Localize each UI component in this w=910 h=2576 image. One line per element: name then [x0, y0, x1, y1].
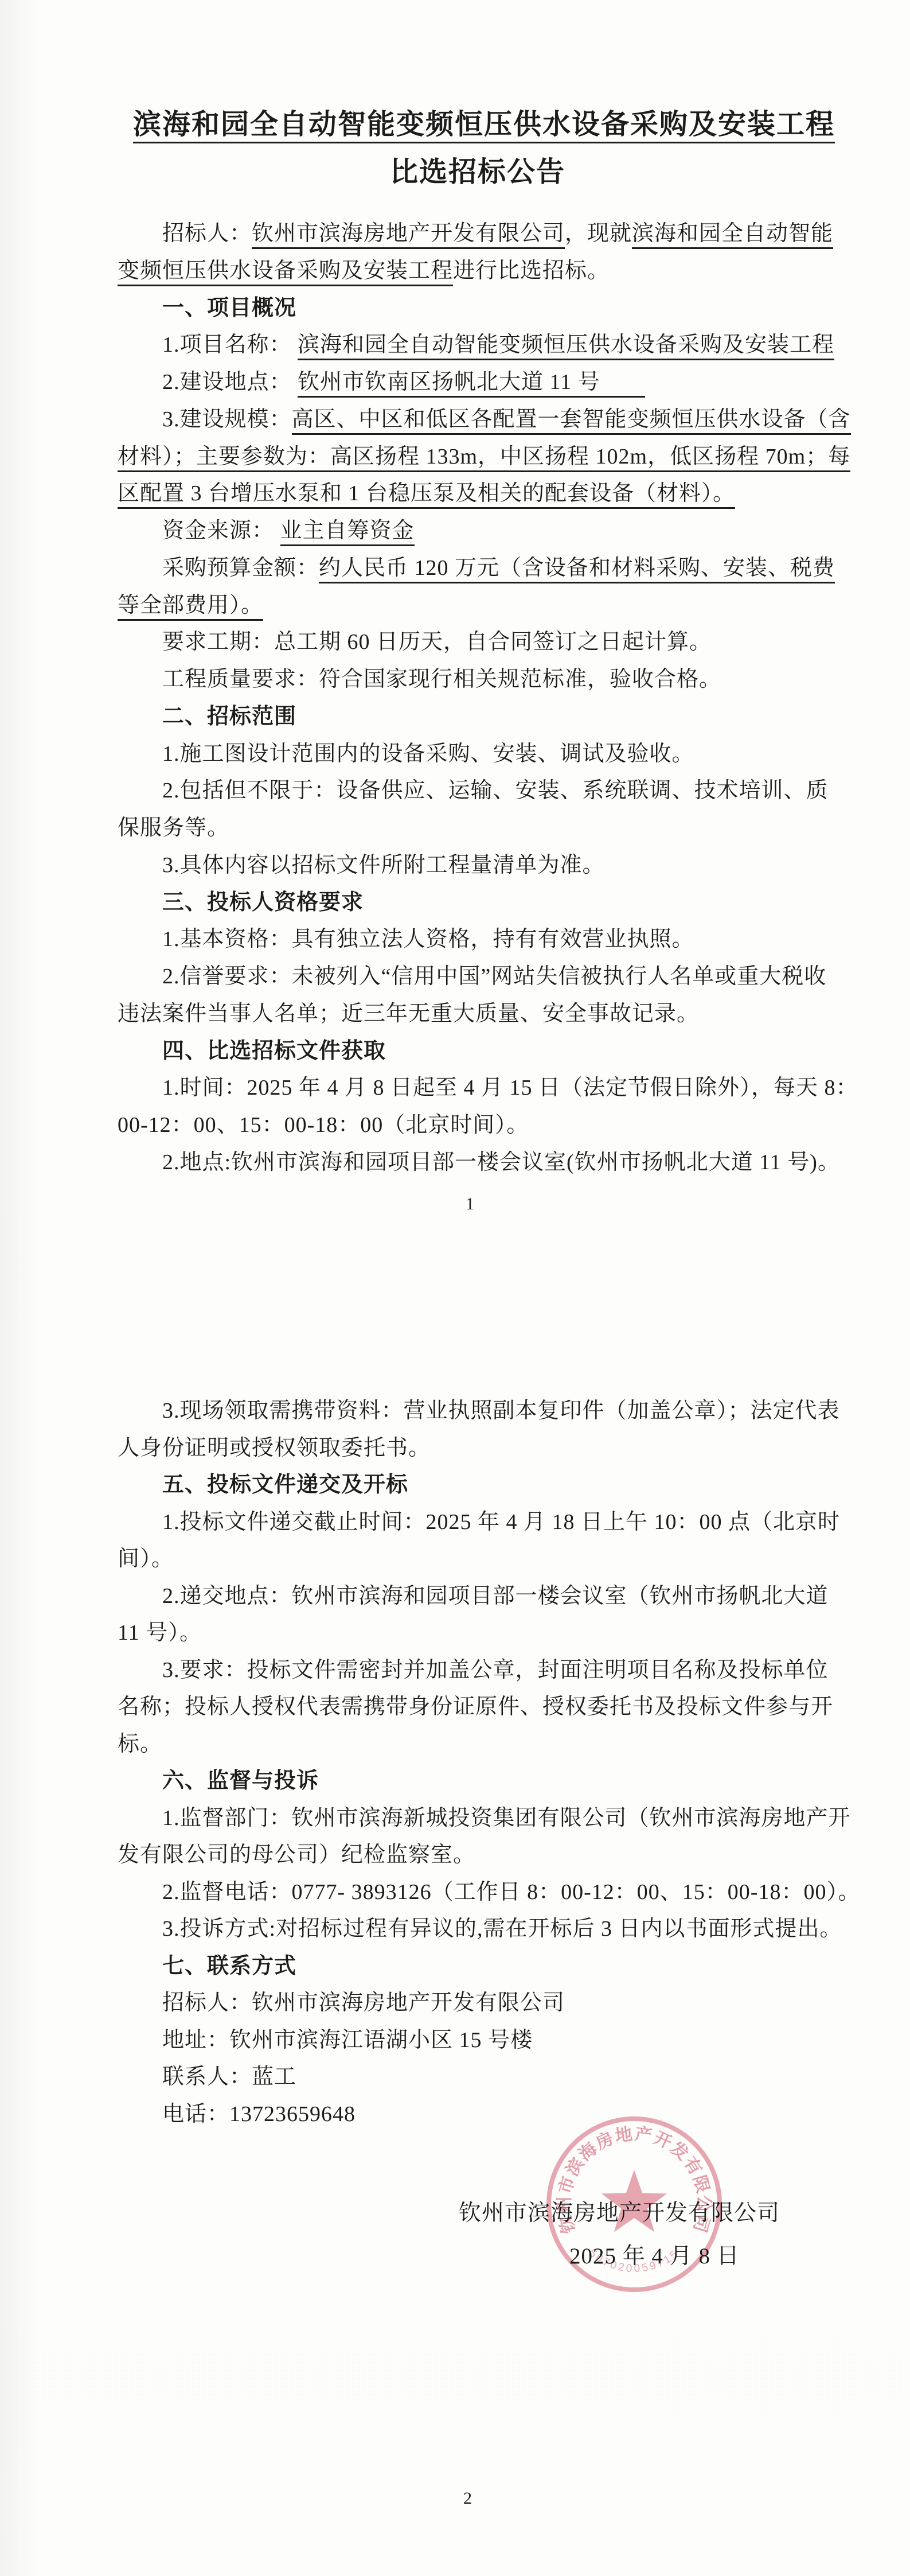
doc-text-line: 联系人：蓝工: [162, 2063, 296, 2091]
doc-text-line: 招标人：钦州市滨海房地产开发有限公司: [162, 1989, 565, 2017]
text: 发有限公司的母公司）纪检监察室。: [118, 1843, 475, 1867]
doc-text-line: 1.基本资格：具有独立法人资格，持有有效营业执照。: [162, 925, 694, 954]
section-heading-3: 三、投标人资格要求: [162, 889, 364, 917]
text: 1.监督部门：钦州市滨海新城投资集团有限公司（钦州市滨海房地产开: [162, 1806, 851, 1830]
page-number-2: 2: [463, 2489, 472, 2508]
scan-noise-band: [0, 1216, 910, 1320]
text: 资金来源：: [162, 519, 280, 543]
text: 11 号）。: [118, 1621, 202, 1645]
doc-text-line: 00-12：00、15：00-18：00（北京时间）。: [118, 1111, 529, 1139]
text: 1.时间：2025 年 4 月 8 日起至 4 月 15 日（法定节假日除外），…: [162, 1076, 858, 1100]
doc-text-line: 发有限公司的母公司）纪检监察室。: [118, 1841, 475, 1869]
text: 2.递交地点：钦州市滨海和园项目部一楼会议室（钦州市扬帆北大道: [162, 1584, 829, 1608]
doc-text-line: 间）。: [118, 1545, 174, 1573]
doc-text-line: 3.要求：投标文件需密封并加盖公章，封面注明项目名称及投标单位: [162, 1656, 829, 1684]
doc-text-line: 3.投诉方式:对招标过程有异议的,需在开标后 3 日内以书面形式提出。: [162, 1915, 842, 1943]
doc-text-line: 区配置 3 台增压水泵和 1 台稳压泵及相关的配套设备（材料）。: [118, 480, 735, 508]
doc-text-line: 材料）；主要参数为：高区扬程 133m，中区扬程 102m，低区扬程 70m；每: [118, 443, 850, 471]
text: 1.项目名称：: [162, 333, 298, 357]
underlined-text: 等全部费用）。: [118, 593, 263, 621]
document-title-line1: 滨海和园全自动智能变频恒压供水设备采购及安装工程: [133, 106, 835, 143]
seal-star-icon: [602, 2170, 667, 2232]
text: 3.具体内容以招标文件所附工程量清单为准。: [162, 853, 605, 877]
doc-text-line: 3.具体内容以招标文件所附工程量清单为准。: [162, 851, 605, 880]
text: 三、投标人资格要求: [162, 890, 364, 915]
section-heading-1: 一、项目概况: [162, 294, 296, 322]
doc-text-line: 2.建设地点： 钦州市钦南区扬帆北大道 11 号: [162, 368, 645, 396]
underlined-text: 滨海和园全自动智能变频恒压供水设备采购及安装工程: [298, 333, 834, 360]
doc-text-line: 违法案件当事人名单；近三年无重大质量、安全事故记录。: [118, 1000, 699, 1028]
doc-text-line: 电话：13723659648: [162, 2100, 356, 2128]
text: 2.建设地点：: [162, 370, 298, 394]
text: 比选招标公告: [390, 156, 565, 188]
text: 3.投诉方式:对招标过程有异议的,需在开标后 3 日内以书面形式提出。: [162, 1917, 842, 1941]
text: 工程质量要求：符合国家现行相关规范标准，验收合格。: [162, 667, 721, 691]
text: 五、投标文件递交及开标: [162, 1473, 408, 1497]
text: 要求工期：总工期 60 日历天，自合同签订之日起计算。: [162, 630, 712, 654]
text: 保服务等。: [118, 816, 229, 840]
doc-text-line: 1.施工图设计范围内的设备采购、安装、调试及验收。: [162, 740, 694, 768]
page-number-1: 1: [466, 1194, 474, 1214]
company-seal-stamp: 钦州市滨海房地产开发有限公司 507020059715: [540, 2110, 729, 2299]
text: ，现就: [565, 221, 632, 246]
text: 招标人：: [162, 221, 252, 246]
text: 违法案件当事人名单；近三年无重大质量、安全事故记录。: [118, 1002, 699, 1026]
text: 2.信誉要求：未被列入“信用中国”网站失信被执行人名单或重大税收: [162, 964, 826, 989]
scan-edge-shading: [0, 0, 40, 2576]
doc-text-line: 标。: [118, 1730, 162, 1758]
section-heading-2: 二、招标范围: [162, 703, 296, 731]
text: 3.建设规模：: [162, 407, 292, 431]
underlined-text: 钦州市钦南区扬帆北大道 11 号: [298, 370, 645, 398]
text: 七、联系方式: [162, 1954, 296, 1978]
text: 标。: [118, 1732, 162, 1756]
doc-text-line: 工程质量要求：符合国家现行相关规范标准，验收合格。: [162, 666, 721, 694]
text: 四、比选招标文件获取: [162, 1039, 386, 1063]
text: 二、招标范围: [162, 705, 296, 729]
text: 一、项目概况: [162, 296, 296, 320]
doc-text-line: 1.投标文件递交截止时间：2025 年 4 月 18 日上午 10：00 点（北…: [162, 1508, 840, 1536]
text: 六、监督与投诉: [162, 1769, 319, 1793]
text: 2.监督电话：0777- 3893126（工作日 8：00-12：00、15：0…: [162, 1880, 860, 1904]
text: 采购预算金额：: [162, 556, 319, 580]
doc-text-line: 采购预算金额：约人民币 120 万元（含设备和材料采购、安装、税费: [162, 554, 835, 582]
underlined-text: 业主自筹资金: [280, 519, 415, 546]
doc-text-line: 地址：钦州市滨海江语湖小区 15 号楼: [162, 2026, 533, 2054]
doc-text-line: 2.包括但不限于：设备供应、运输、安装、系统联调、技术培训、质: [162, 777, 829, 805]
underlined-text: 区配置 3 台增压水泵和 1 台稳压泵及相关的配套设备（材料）。: [118, 481, 735, 509]
text: 招标人：钦州市滨海房地产开发有限公司: [162, 1991, 565, 2015]
text: 3.现场领取需携带资料：营业执照副本复印件（加盖公章）；法定代表: [162, 1399, 840, 1423]
doc-text-line: 1.项目名称： 滨海和园全自动智能变频恒压供水设备采购及安装工程: [162, 331, 834, 359]
underlined-text: 材料）；主要参数为：高区扬程 133m，中区扬程 102m，低区扬程 70m；每: [118, 445, 850, 472]
scan-noise-band: [0, 2329, 910, 2559]
doc-text-line: 保服务等。: [118, 814, 229, 842]
text: 2.地点:钦州市滨海和园项目部一楼会议室(钦州市扬帆北大道 11 号)。: [162, 1150, 840, 1174]
text: 进行比选招标。: [453, 259, 610, 283]
doc-text-line: 人身份证明或授权领取委托书。: [118, 1434, 431, 1462]
section-heading-6: 六、监督与投诉: [162, 1767, 319, 1795]
section-heading-7: 七、联系方式: [162, 1952, 296, 1980]
text: 2.包括但不限于：设备供应、运输、安装、系统联调、技术培训、质: [162, 779, 829, 803]
doc-text-line: 2.信誉要求：未被列入“信用中国”网站失信被执行人名单或重大税收: [162, 963, 826, 991]
doc-text-line: 资金来源： 业主自筹资金: [162, 517, 415, 545]
text: 1.基本资格：具有独立法人资格，持有有效营业执照。: [162, 927, 694, 951]
text: 人身份证明或授权领取委托书。: [118, 1436, 431, 1460]
text: 1.投标文件递交截止时间：2025 年 4 月 18 日上午 10：00 点（北…: [162, 1510, 840, 1534]
underlined-text: 滨海和园全自动智能: [632, 221, 833, 249]
doc-text-line: 2.监督电话：0777- 3893126（工作日 8：00-12：00、15：0…: [162, 1878, 860, 1906]
text: 3.要求：投标文件需密封并加盖公章，封面注明项目名称及投标单位: [162, 1658, 829, 1682]
scanned-document-page: 滨海和园全自动智能变频恒压供水设备采购及安装工程比选招标公告招标人：钦州市滨海房…: [0, 0, 910, 2576]
document-title-line2: 比选招标公告: [390, 154, 565, 190]
doc-text-line: 名称；投标人授权代表需携带身份证原件、授权委托书及投标文件参与开: [118, 1693, 833, 1721]
doc-text-line: 变频恒压供水设备采购及安装工程进行比选招标。: [118, 257, 610, 285]
doc-text-line: 招标人：钦州市滨海房地产开发有限公司，现就滨海和园全自动智能: [162, 220, 833, 248]
doc-text-line: 要求工期：总工期 60 日历天，自合同签订之日起计算。: [162, 628, 712, 656]
text: 名称；投标人授权代表需携带身份证原件、授权委托书及投标文件参与开: [118, 1695, 833, 1719]
doc-text-line: 1.监督部门：钦州市滨海新城投资集团有限公司（钦州市滨海房地产开: [162, 1804, 851, 1832]
doc-text-line: 等全部费用）。: [118, 592, 263, 620]
seal-number-arc-text: 507020059715: [587, 2247, 682, 2275]
text: 电话：13723659648: [162, 2102, 356, 2126]
text: 联系人：蓝工: [162, 2065, 296, 2089]
doc-text-line: 2.递交地点：钦州市滨海和园项目部一楼会议室（钦州市扬帆北大道: [162, 1582, 829, 1610]
doc-text-line: 11 号）。: [118, 1619, 202, 1647]
doc-text-line: 2.地点:钦州市滨海和园项目部一楼会议室(钦州市扬帆北大道 11 号)。: [162, 1149, 840, 1177]
underlined-text: 变频恒压供水设备采购及安装工程: [118, 259, 453, 286]
text: 1.施工图设计范围内的设备采购、安装、调试及验收。: [162, 742, 694, 766]
doc-text-line: 3.现场领取需携带资料：营业执照副本复印件（加盖公章）；法定代表: [162, 1397, 840, 1425]
underlined-text: 滨海和园全自动智能变频恒压供水设备采购及安装工程: [133, 108, 835, 143]
doc-text-line: 3.建设规模：高区、中区和低区各配置一套智能变频恒压供水设备（含: [162, 406, 851, 434]
text: 间）。: [118, 1547, 174, 1571]
doc-text-line: 1.时间：2025 年 4 月 8 日起至 4 月 15 日（法定节假日除外），…: [162, 1074, 858, 1102]
text: 地址：钦州市滨海江语湖小区 15 号楼: [162, 2028, 533, 2052]
underlined-text: 钦州市滨海房地产开发有限公司: [252, 221, 565, 249]
svg-text:507020059715: 507020059715: [587, 2247, 682, 2275]
text: 00-12：00、15：00-18：00（北京时间）。: [118, 1113, 529, 1137]
underlined-text: 约人民币 120 万元（含设备和材料采购、安装、税费: [319, 556, 835, 583]
section-heading-5: 五、投标文件递交及开标: [162, 1471, 408, 1499]
section-heading-4: 四、比选招标文件获取: [162, 1037, 386, 1065]
underlined-text: 高区、中区和低区各配置一套智能变频恒压供水设备（含: [292, 407, 851, 435]
